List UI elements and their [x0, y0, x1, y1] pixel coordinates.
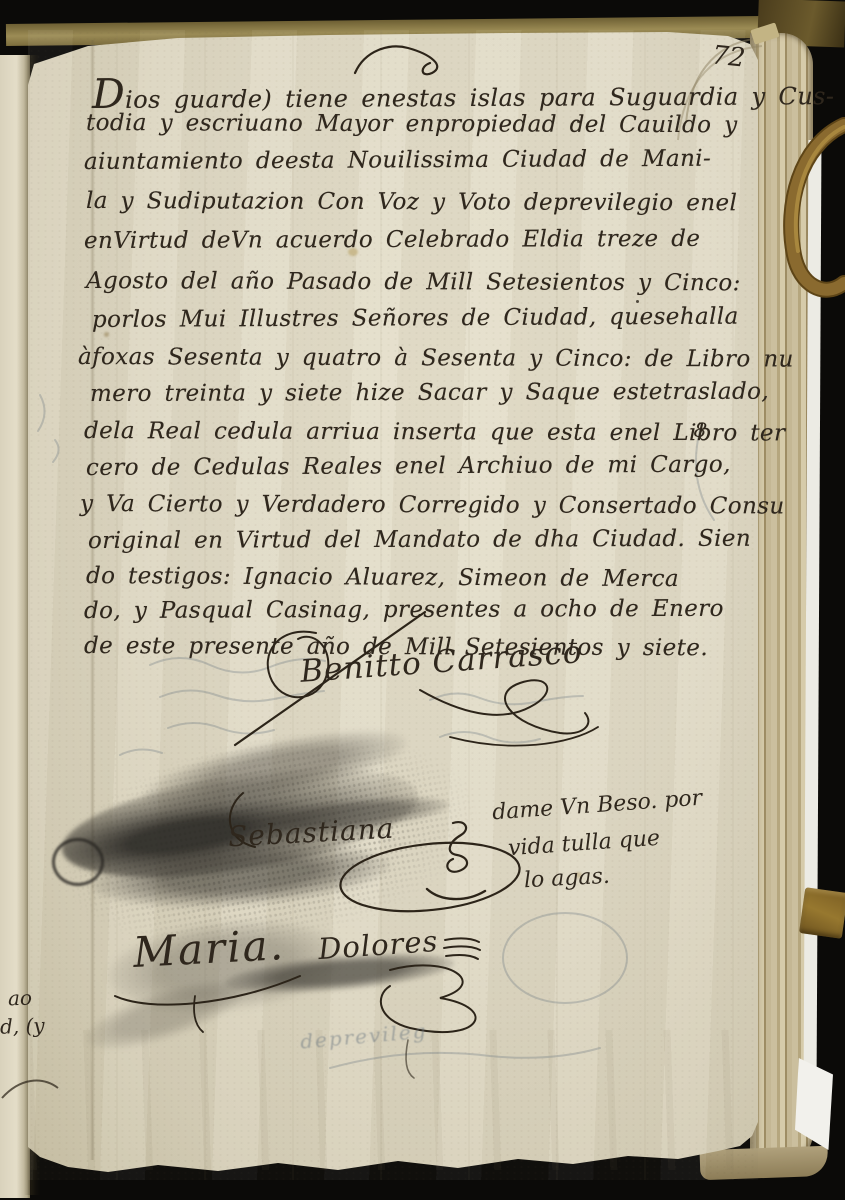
- leather-cord: [778, 85, 845, 345]
- manuscript-line-3: aiuntamiento deesta Nouilissima Ciudad d…: [84, 146, 711, 175]
- marginal-note-line-3: lo agas.: [523, 864, 610, 893]
- maria-underswash: [110, 968, 330, 1028]
- manuscript-line-7: porlos Mui Illustres Señores de Ciudad, …: [92, 304, 739, 333]
- manuscript-line-4: la y Sudiputazion Con Voz y Voto deprevi…: [86, 188, 737, 216]
- manuscript-line-13: original en Virtud del Mandato de dha Ci…: [88, 526, 751, 554]
- manuscript-line-2: todia y escriuano Mayor enpropiedad del …: [86, 110, 738, 138]
- manuscript-line-12: y Va Cierto y Verdadero Corregido y Cons…: [80, 491, 785, 519]
- oval-rubric: [335, 815, 535, 920]
- maria-rubric: [360, 928, 560, 1078]
- manuscript-line-10: dela Real cedula arriua inserta que esta…: [84, 418, 785, 446]
- manuscript-line-14: do testigos: Ignacio Aluarez, Simeon de …: [86, 563, 679, 592]
- manuscript-line-5: enVirtud deVn acuerdo Celebrado Eldia tr…: [84, 226, 700, 254]
- manuscript-line-9: mero treinta y siete hize Sacar y Saque …: [90, 379, 769, 407]
- manuscript-photo: 72 8 Dios guarde) tiene enestas islas pa…: [0, 0, 845, 1200]
- facing-page-fragment: ao: [8, 986, 33, 1011]
- manuscript-line-11: cero de Cedulas Reales enel Archiuo de m…: [86, 452, 731, 481]
- manuscript-line-6: Agosto del año Pasado de Mill Setesiento…: [86, 268, 741, 296]
- facing-page-fragment: d, (y: [0, 1013, 45, 1039]
- facing-page-curve: [0, 1058, 70, 1108]
- manuscript-line-8: àfoxas Sesenta y quatro à Sesenta y Cinc…: [78, 344, 794, 372]
- leather-strap: [799, 887, 845, 939]
